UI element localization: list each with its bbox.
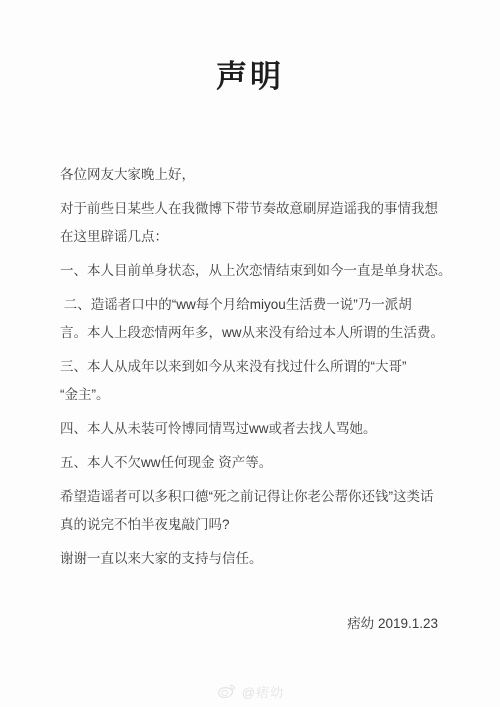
weibo-logo-icon	[216, 683, 237, 700]
statement-greeting: 各位网友大家晚上好，	[60, 161, 460, 189]
watermark-handle: @痞幼	[242, 682, 284, 701]
statement-body: 各位网友大家晚上好， 对于前些日某些人在我微博下带节奏故意刷屏造谣我的事情我想 …	[60, 161, 460, 573]
statement-point-5: 五、本人不欠ww任何现金 资产等。	[60, 449, 460, 477]
statement-point-2: 二、造谣者口中的“ww每个月给miyou生活费一说”乃一派胡 言。本人上段恋情两…	[60, 291, 460, 347]
signature: 痞幼 2019.1.23	[60, 610, 438, 638]
statement-thanks: 谢谢一直以来大家的支持与信任。	[60, 545, 460, 573]
statement-title: 声明	[0, 0, 500, 97]
statement-point-1: 一、本人目前单身状态，从上次恋情结束到如今一直是单身状态。	[60, 257, 460, 285]
statement-point-3: 三、本人从成年以来到如今从来没有找过什么所谓的“大哥” “金主”。	[60, 353, 460, 409]
statement-intro: 对于前些日某些人在我微博下带节奏故意刷屏造谣我的事情我想 在这里辟谣几点：	[60, 195, 460, 251]
weibo-watermark: @痞幼	[0, 682, 500, 701]
statement-warning: 希望造谣者可以多积口德“死之前记得让你老公帮你还钱”这类话 真的说完不怕半夜鬼敲…	[60, 483, 460, 539]
statement-point-4: 四、本人从未装可怜博同情骂过ww或者去找人骂她。	[60, 415, 460, 443]
statement-document: 声明 各位网友大家晚上好， 对于前些日某些人在我微博下带节奏故意刷屏造谣我的事情…	[0, 0, 500, 707]
